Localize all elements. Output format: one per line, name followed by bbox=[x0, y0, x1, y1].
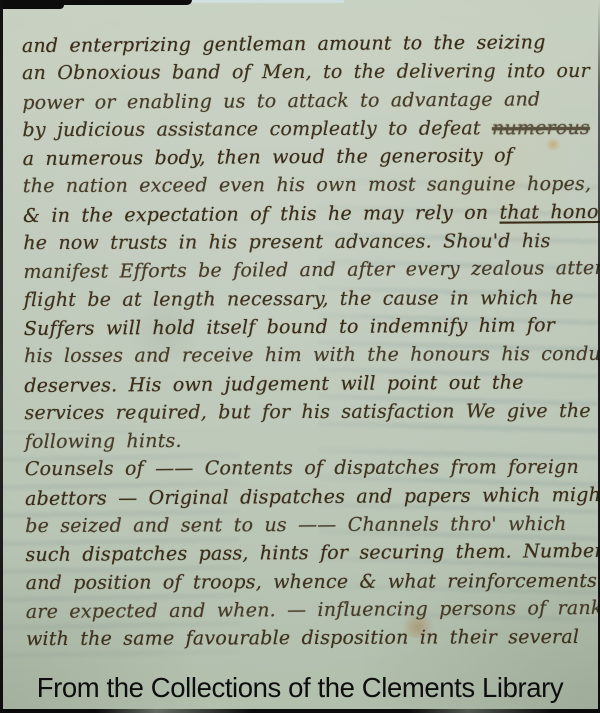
manuscript-segment: be seized and sent to us —— Channels thr… bbox=[25, 513, 566, 537]
manuscript-line: Suffers will hold itself bound to indemn… bbox=[24, 314, 594, 346]
manuscript-line: manifest Efforts be foiled and after eve… bbox=[23, 257, 593, 289]
manuscript-line: power or enabling us to attack to advant… bbox=[22, 88, 592, 120]
manuscript-segment: his losses and receive him with the hono… bbox=[24, 343, 600, 367]
manuscript-segment: manifest Efforts be foiled and after eve… bbox=[23, 257, 600, 283]
manuscript-line: an Obnoxious band of Men, to the deliver… bbox=[22, 60, 592, 90]
manuscript-line: such dispatches pass, hints for securing… bbox=[25, 540, 595, 572]
manuscript-line: are expected and when. — influencing per… bbox=[26, 597, 596, 629]
manuscript-line: Counsels of —— Contents of dispatches fr… bbox=[25, 456, 595, 486]
manuscript-line: be seized and sent to us —— Channels thr… bbox=[25, 513, 595, 543]
manuscript-segment: deserves. His own judgement will point o… bbox=[24, 371, 524, 396]
manuscript-segment: power or enabling us to attack to advant… bbox=[22, 88, 540, 114]
manuscript-lines: and enterprizing gentleman amount to the… bbox=[22, 31, 596, 657]
manuscript-line: deserves. His own judgement will point o… bbox=[24, 371, 594, 403]
manuscript-segment: he now trusts in his present advances. S… bbox=[23, 230, 550, 254]
manuscript-line: he now trusts in his present advances. S… bbox=[23, 230, 593, 260]
manuscript-segment: a numerous body, then woud the generosit… bbox=[23, 145, 513, 170]
manuscript-segment: the nation exceed even his own most sang… bbox=[23, 173, 591, 197]
manuscript-line: with the same favourable disposition in … bbox=[26, 626, 596, 656]
manuscript-segment: by judicious assistance compleatly to de… bbox=[22, 117, 492, 141]
manuscript-segment: abettors — Original dispatches and paper… bbox=[25, 484, 600, 510]
manuscript-segment: Suffers will hold itself bound to indemn… bbox=[24, 314, 555, 340]
manuscript-line: and position of troops, whence & what re… bbox=[26, 570, 596, 600]
manuscript-segment: flight be at length necessary, the cause… bbox=[24, 287, 574, 311]
manuscript-segment: and enterprizing gentleman amount to the… bbox=[22, 31, 546, 57]
manuscript-line: by judicious assistance compleatly to de… bbox=[22, 117, 592, 147]
manuscript-line: following hints. bbox=[25, 427, 595, 459]
manuscript-line: and enterprizing gentleman amount to the… bbox=[22, 31, 592, 63]
caption-text: From the Collections of the Clements Lib… bbox=[0, 669, 600, 706]
manuscript-segment-strike: numerous bbox=[492, 117, 590, 139]
manuscript-segment: are expected and when. — influencing per… bbox=[26, 597, 600, 623]
manuscript-segment: with the same favourable disposition in … bbox=[26, 626, 579, 650]
manuscript-segment: and position of troops, whence & what re… bbox=[26, 570, 598, 594]
manuscript-line: his losses and receive him with the hono… bbox=[24, 343, 594, 373]
manuscript-segment-underline: that honou bbox=[499, 201, 600, 224]
manuscript-line: the nation exceed even his own most sang… bbox=[23, 173, 593, 203]
manuscript-line: abettors — Original dispatches and paper… bbox=[25, 484, 595, 516]
manuscript-segment: Counsels of —— Contents of dispatches fr… bbox=[25, 456, 579, 480]
manuscript-line: flight be at length necessary, the cause… bbox=[24, 287, 594, 317]
manuscript-segment: services required, but for his satisfact… bbox=[24, 400, 590, 424]
manuscript-segment: following hints. bbox=[25, 430, 182, 453]
manuscript-line: & in the expectation of this he may rely… bbox=[23, 201, 593, 233]
manuscript-line: a numerous body, then woud the generosit… bbox=[23, 144, 593, 176]
manuscript-segment: such dispatches pass, hints for securing… bbox=[25, 540, 600, 566]
manuscript-segment: an Obnoxious band of Men, to the deliver… bbox=[22, 60, 590, 84]
manuscript-line: services required, but for his satisfact… bbox=[24, 400, 594, 430]
manuscript-segment: & in the expectation of this he may rely… bbox=[23, 201, 500, 226]
